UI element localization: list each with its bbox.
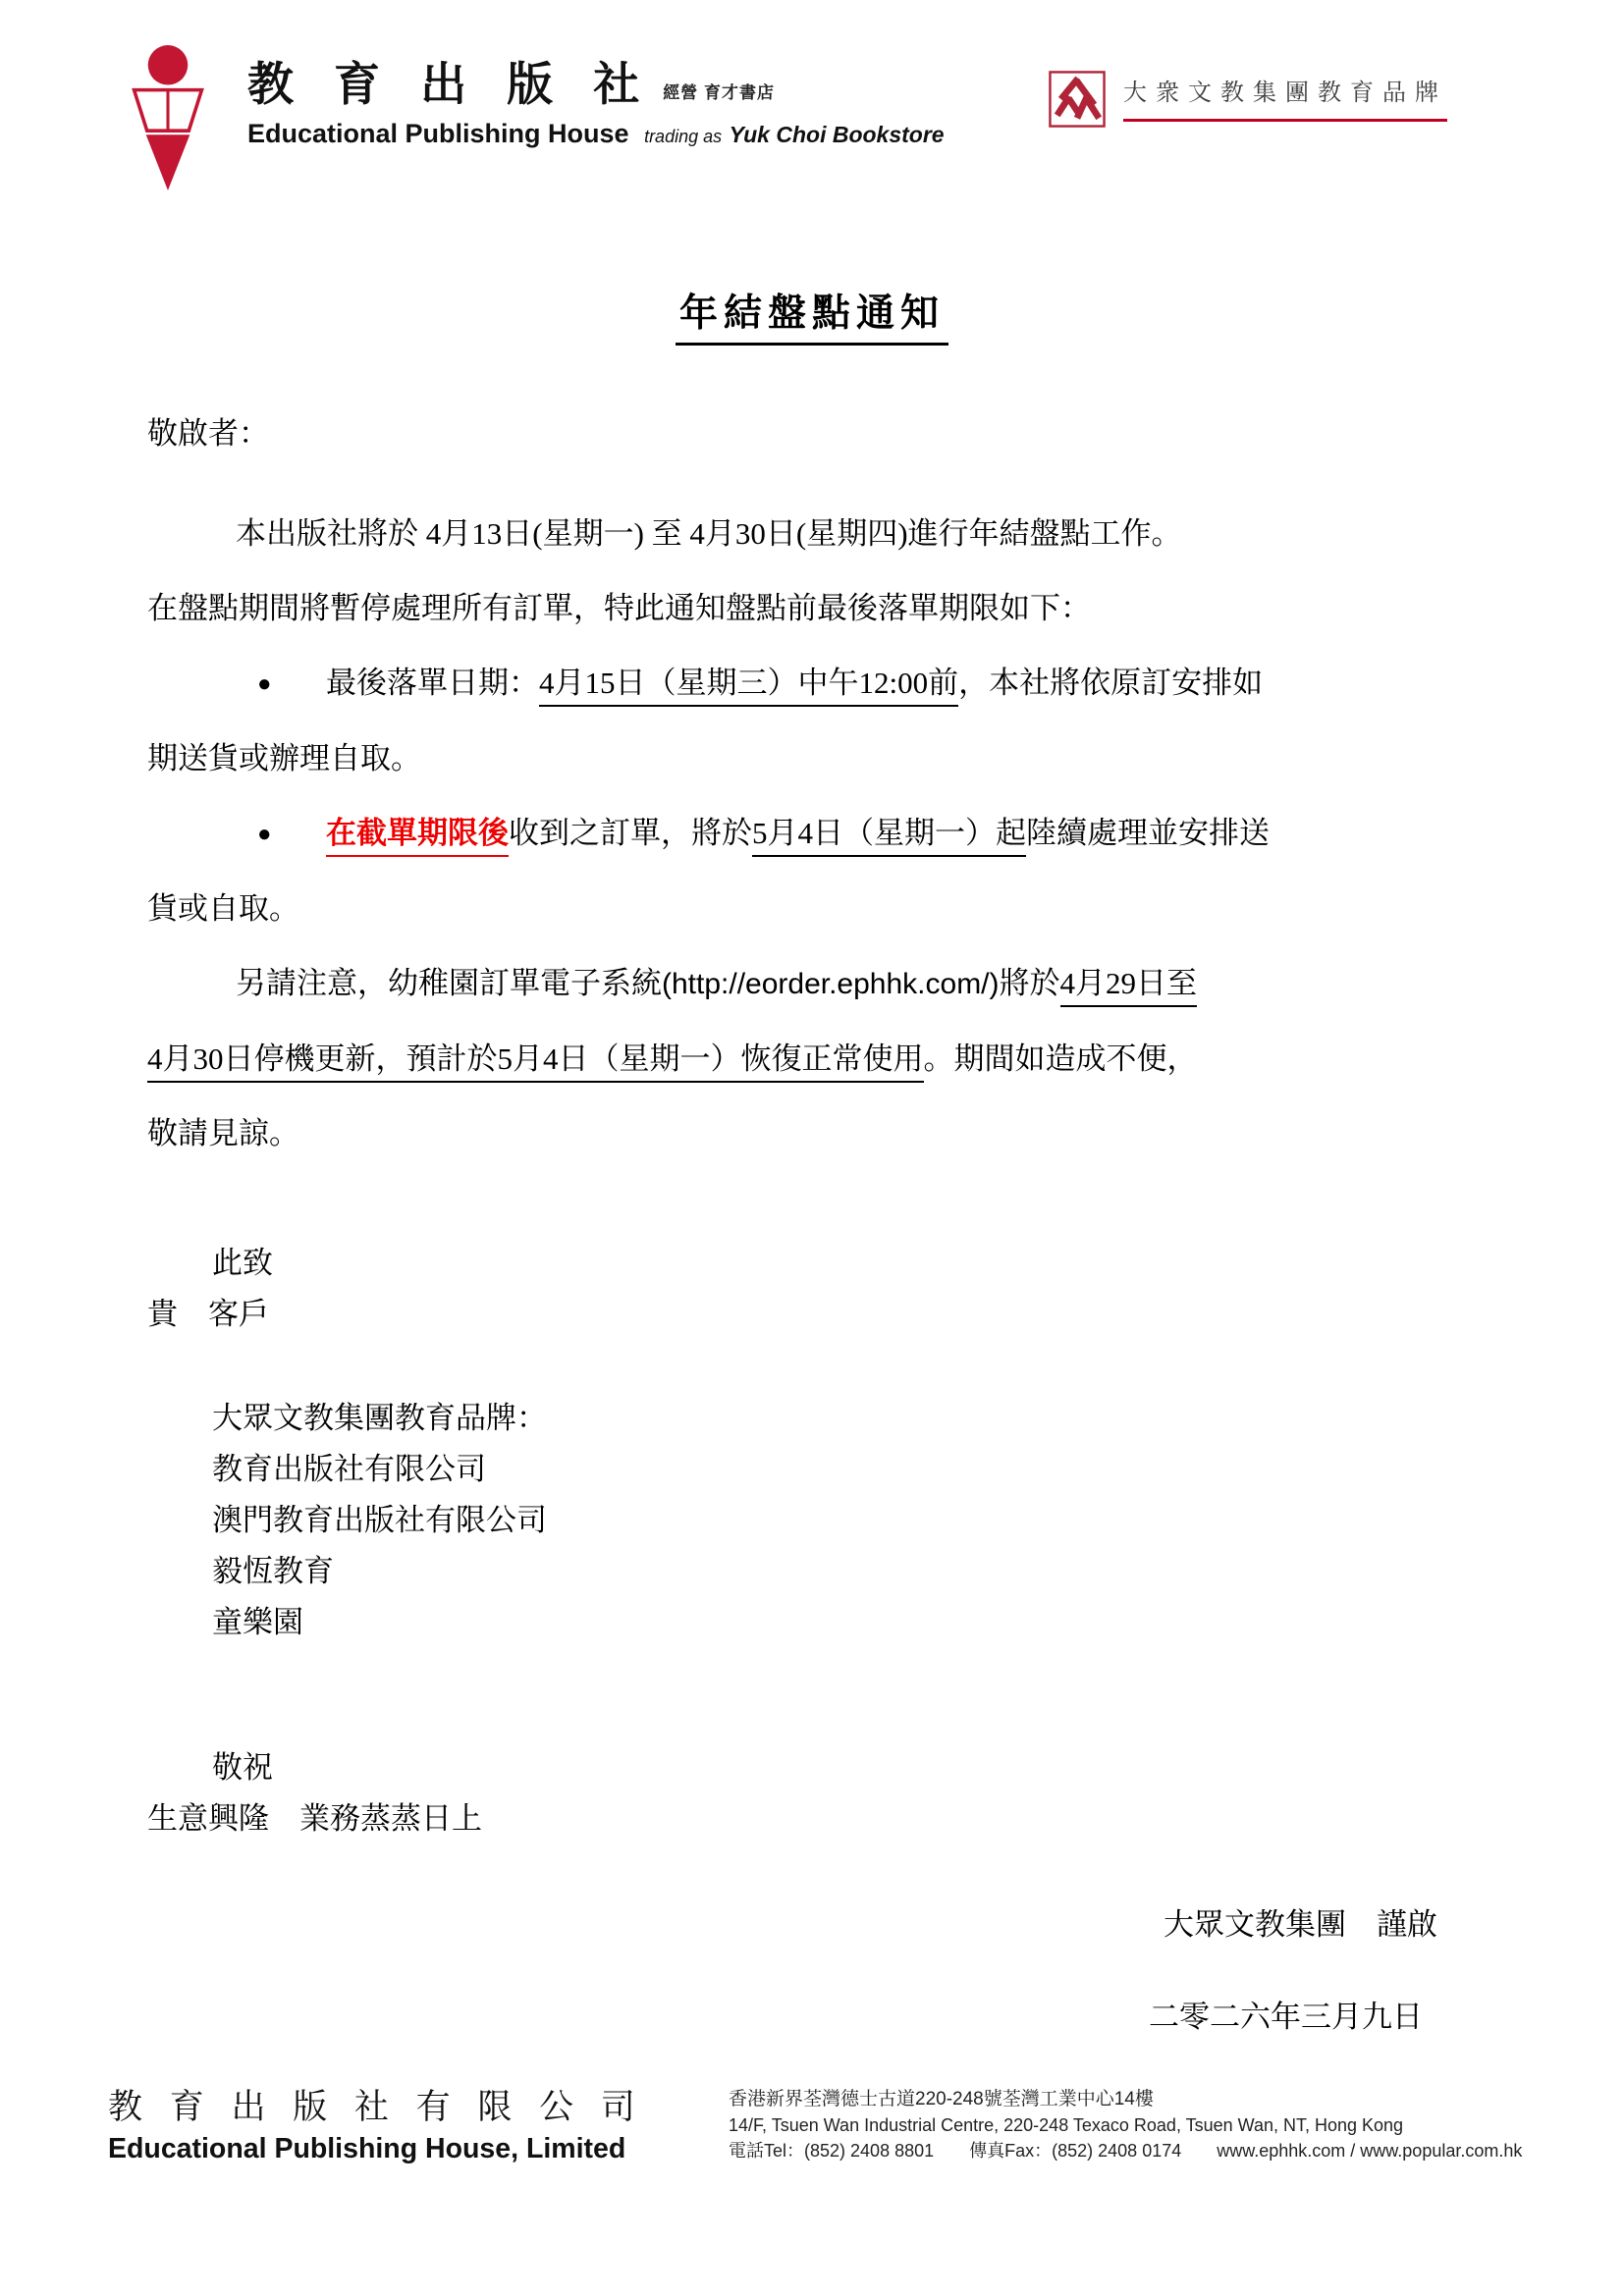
- publisher-name-cn: 教 育 出 版 社: [247, 61, 653, 107]
- bullet1-text-tail: ，本社將依原訂安排如: [958, 666, 1263, 700]
- brand-item: 澳門教育出版社有限公司: [147, 1495, 1477, 1546]
- bullet-item-1-line-2: 期送貨或辦理自取。: [147, 721, 1477, 796]
- paragraph3-line-2: 4月30日停機更新，預計於5月4日（星期一）恢復正常使用。期間如造成不便，: [147, 1022, 1477, 1096]
- publisher-logo-text: 教 育 出 版 社 經營 育才書店 Educational Publishing…: [247, 43, 945, 149]
- bullet-icon: ●: [257, 797, 326, 872]
- paragraph3-underlined-cont: 4月30日停機更新，預計於5月4日（星期一）恢復正常使用: [147, 1041, 924, 1083]
- brand-item: 童樂園: [147, 1597, 1477, 1648]
- footer: 教 育 出 版 社 有 限 公 司 Educational Publishing…: [108, 2087, 1555, 2165]
- bullet2-underlined-date: 5月4日（星期一）起: [752, 816, 1026, 857]
- group-brand-logo: 大衆文教集團教育品牌: [1049, 71, 1447, 128]
- popular-group-icon: [1049, 71, 1106, 128]
- bullet-item-2-line-1: ●在截單期限後收到之訂單，將於5月4日（星期一）起陸續處理並安排送: [147, 796, 1477, 872]
- wish-block: 敬祝 生意興隆 業務蒸蒸日上: [147, 1742, 1477, 1844]
- paragraph3-underlined-start: 4月29日至: [1060, 966, 1198, 1007]
- publisher-logo: 教 育 出 版 社 經營 育才書店 Educational Publishing…: [116, 43, 945, 192]
- publisher-name-en: Educational Publishing House: [247, 119, 629, 148]
- bullet-icon: ●: [257, 647, 326, 721]
- paragraph3-line-3: 敬請見諒。: [147, 1096, 1477, 1171]
- footer-address-cn: 香港新界荃灣德士古道220-248號荃灣工業中心14樓: [729, 2087, 1522, 2112]
- brand-item: 教育出版社有限公司: [147, 1444, 1477, 1495]
- trading-name: Yuk Choi Bookstore: [730, 122, 945, 147]
- publisher-tagline: 經營 育才書店: [663, 79, 775, 103]
- signoff-company: 大眾文教集團 謹啟: [147, 1896, 1477, 1954]
- page-title: 年結盤點通知: [676, 283, 948, 346]
- trading-as-label: trading as: [644, 127, 722, 146]
- bullet2-text-tail: 陸續處理並安排送: [1026, 816, 1270, 850]
- paragraph-line: 本出版社將於 4月13日(星期一) 至 4月30日(星期四)進行年結盤點工作。: [147, 497, 1477, 571]
- paragraph3-text: 另請注意，幼稚園訂單電子系統: [236, 966, 662, 1000]
- bullet-item-2-line-2: 貨或自取。: [147, 872, 1477, 946]
- paragraph-line: 在盤點期間將暫停處理所有訂單，特此通知盤點前最後落單期限如下：: [147, 571, 1477, 646]
- footer-contact-line: 電話Tel：(852) 2408 8801 傳真Fax：(852) 2408 0…: [729, 2138, 1522, 2163]
- closing-client: 貴 客戶: [147, 1289, 1477, 1340]
- brand-list-heading: 大眾文教集團教育品牌：: [147, 1393, 1477, 1444]
- bullet1-underlined-deadline: 4月15日（星期三）中午12:00前: [539, 666, 958, 707]
- bullet2-text: 收到之訂單，將於: [509, 816, 752, 850]
- salutation: 敬啟者：: [147, 397, 1477, 471]
- footer-company-cn: 教 育 出 版 社 有 限 公 司: [108, 2087, 619, 2128]
- paragraph3-line-1: 另請注意，幼稚園訂單電子系統(http://eorder.ephhk.com/)…: [147, 946, 1477, 1022]
- wish-jingzhu: 敬祝: [147, 1742, 1477, 1793]
- paragraph3-text-tail: 。期間如造成不便，: [924, 1041, 1198, 1076]
- eorder-url: (http://eorder.ephhk.com/): [662, 968, 1000, 1000]
- wish-line: 生意興隆 業務蒸蒸日上: [147, 1793, 1477, 1844]
- footer-company-en: Educational Publishing House, Limited: [108, 2133, 619, 2165]
- footer-contact: 香港新界荃灣德士古道220-248號荃灣工業中心14樓 14/F, Tsuen …: [729, 2087, 1522, 2163]
- brand-item: 毅恆教育: [147, 1546, 1477, 1597]
- header: 教 育 出 版 社 經營 育才書店 Educational Publishing…: [0, 0, 1624, 192]
- signoff-date: 二零二六年三月九日: [147, 1988, 1477, 2047]
- reader-figure-icon: [116, 43, 220, 192]
- letter-body: 敬啟者： 本出版社將於 4月13日(星期一) 至 4月30日(星期四)進行年結盤…: [147, 397, 1477, 2047]
- bullet-item-1-line-1: ●最後落單日期：4月15日（星期三）中午12:00前，本社將依原訂安排如: [147, 646, 1477, 721]
- closing-block: 此致 貴 客戶: [147, 1238, 1477, 1340]
- footer-address-en: 14/F, Tsuen Wan Industrial Centre, 220-2…: [729, 2112, 1522, 2138]
- letter-page: 教 育 出 版 社 經營 育才書店 Educational Publishing…: [0, 0, 1624, 2296]
- bullet1-text: 最後落單日期：: [326, 666, 539, 700]
- footer-company: 教 育 出 版 社 有 限 公 司 Educational Publishing…: [108, 2087, 619, 2165]
- brand-list: 大眾文教集團教育品牌： 教育出版社有限公司 澳門教育出版社有限公司 毅恆教育 童…: [147, 1393, 1477, 1648]
- paragraph3-text-mid: 將於: [1000, 966, 1060, 1000]
- bullet2-red-warning: 在截單期限後: [326, 816, 509, 857]
- group-brand-text: 大衆文教集團教育品牌: [1123, 77, 1447, 123]
- closing-cizhi: 此致: [147, 1238, 1477, 1289]
